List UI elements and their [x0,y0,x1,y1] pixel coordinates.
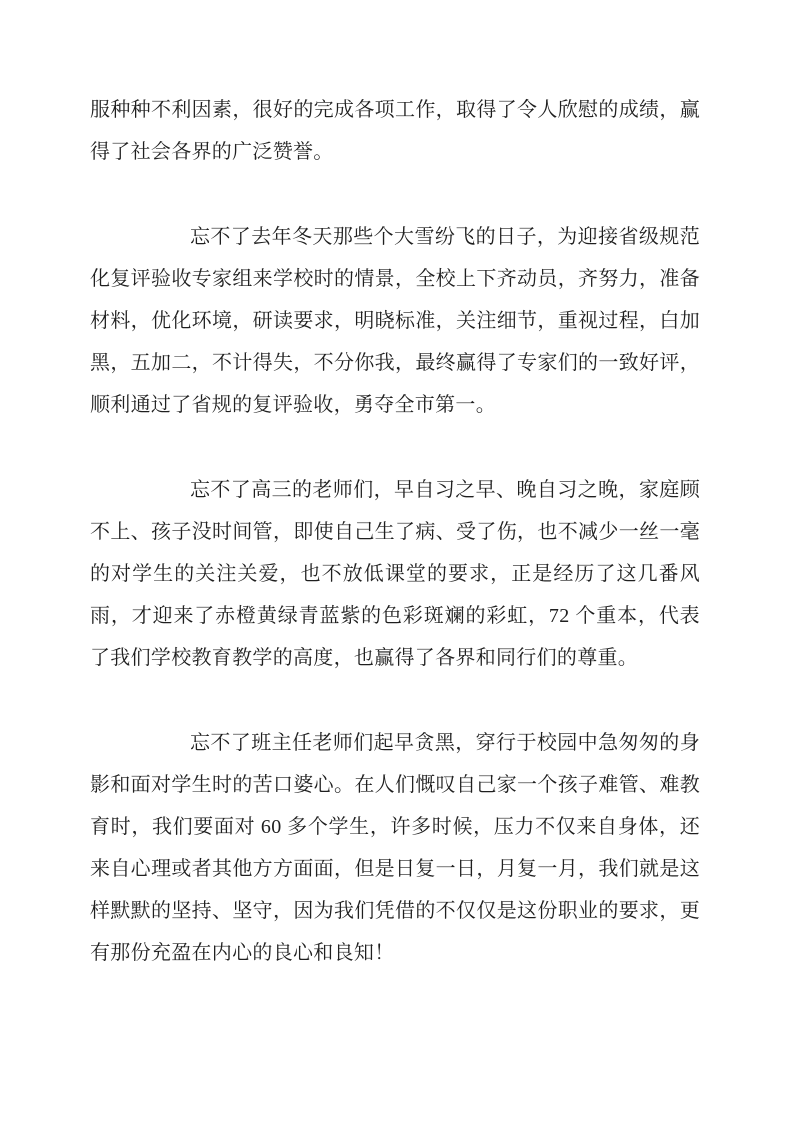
paragraph: 忘不了班主任老师们起早贪黑，穿行于校园中急匆匆的身影和面对学生时的苦口婆心。在人… [90,722,700,974]
paragraph: 忘不了去年冬天那些个大雪纷飞的日子，为迎接省级规范化复评验收专家组来学校时的情景… [90,216,700,426]
document-body: 服种种不利因素，很好的完成各项工作，取得了令人欣慰的成绩，赢得了社会各界的广泛赞… [90,89,700,974]
paragraph: 忘不了高三的老师们，早自习之早、晚自习之晚，家庭顾不上、孩子没时间管，即使自己生… [90,469,700,679]
document-page: 服种种不利因素，很好的完成各项工作，取得了令人欣慰的成绩，赢得了社会各界的广泛赞… [0,0,793,1122]
paragraph: 服种种不利因素，很好的完成各项工作，取得了令人欣慰的成绩，赢得了社会各界的广泛赞… [90,89,700,173]
